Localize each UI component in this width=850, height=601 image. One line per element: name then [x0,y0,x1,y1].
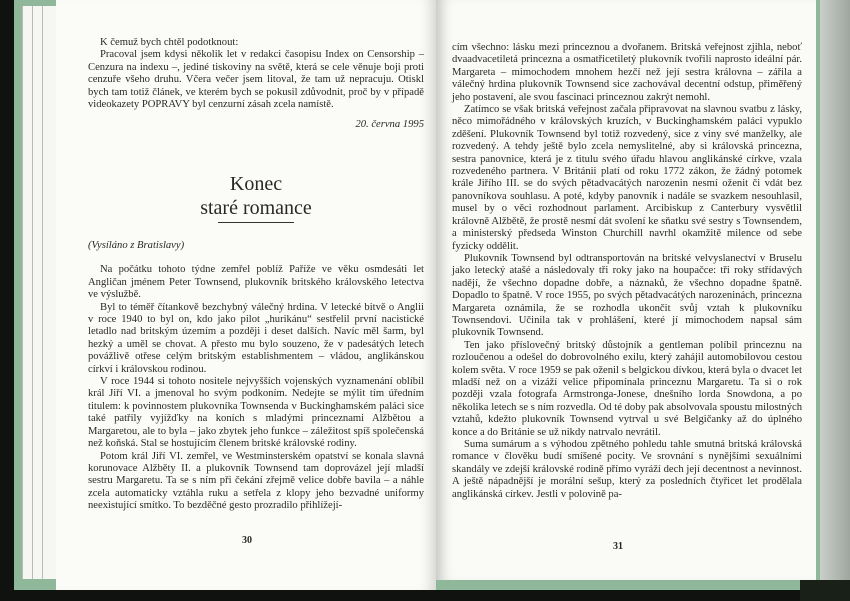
body-paragraph: Plukovník Townsend byl odtransportován n… [452,253,802,340]
right-page-body: cím všechno: lásku mezi princeznou a dvo… [452,42,802,501]
body-paragraph: Zatímco se však britská veřejnost začala… [452,104,802,253]
chapter-title-line1: Konec [88,172,424,196]
page-number: 30 [242,535,252,546]
book-cover-edge [820,0,850,590]
body-paragraph: Na počátku tohoto týdne zemřel poblíž Pa… [88,264,424,301]
intro-paragraph: Pracoval jsem kdysi několik let v redakc… [88,49,424,111]
right-page: cím všechno: lásku mezi princeznou a dvo… [436,0,816,580]
body-paragraph: V roce 1944 si tohoto nositele nejvyššíc… [88,376,424,450]
page-number: 31 [613,541,623,552]
intro-line: K čemuž bych chtěl podotknout: [88,37,424,49]
page-stack-edge [42,6,57,579]
chapter-heading: Konec staré romance [88,172,424,223]
dateline: 20. června 1995 [88,119,424,131]
left-page-body: (Vysíláno z Bratislavy) Na počátku tohot… [88,240,424,513]
left-page-intro: K čemuž bych chtěl podotknout: Pracoval … [88,37,424,132]
shadow [800,580,850,601]
body-paragraph: Potom král Jiří VI. zemřel, ve Westminst… [88,451,424,513]
title-underline [218,222,294,223]
broadcast-note: (Vysíláno z Bratislavy) [88,240,424,252]
chapter-title-line2: staré romance [88,196,424,220]
body-paragraph: Suma sumárum a s výhodou zpětného pohled… [452,439,802,501]
left-page: K čemuž bych chtěl podotknout: Pracoval … [56,0,436,590]
body-paragraph: Byl to téměř čítankově bezchybný válečný… [88,302,424,376]
body-paragraph: cím všechno: lásku mezi princeznou a dvo… [452,42,802,104]
body-paragraph: Ten jako příslovečný britský důstojník a… [452,340,802,439]
